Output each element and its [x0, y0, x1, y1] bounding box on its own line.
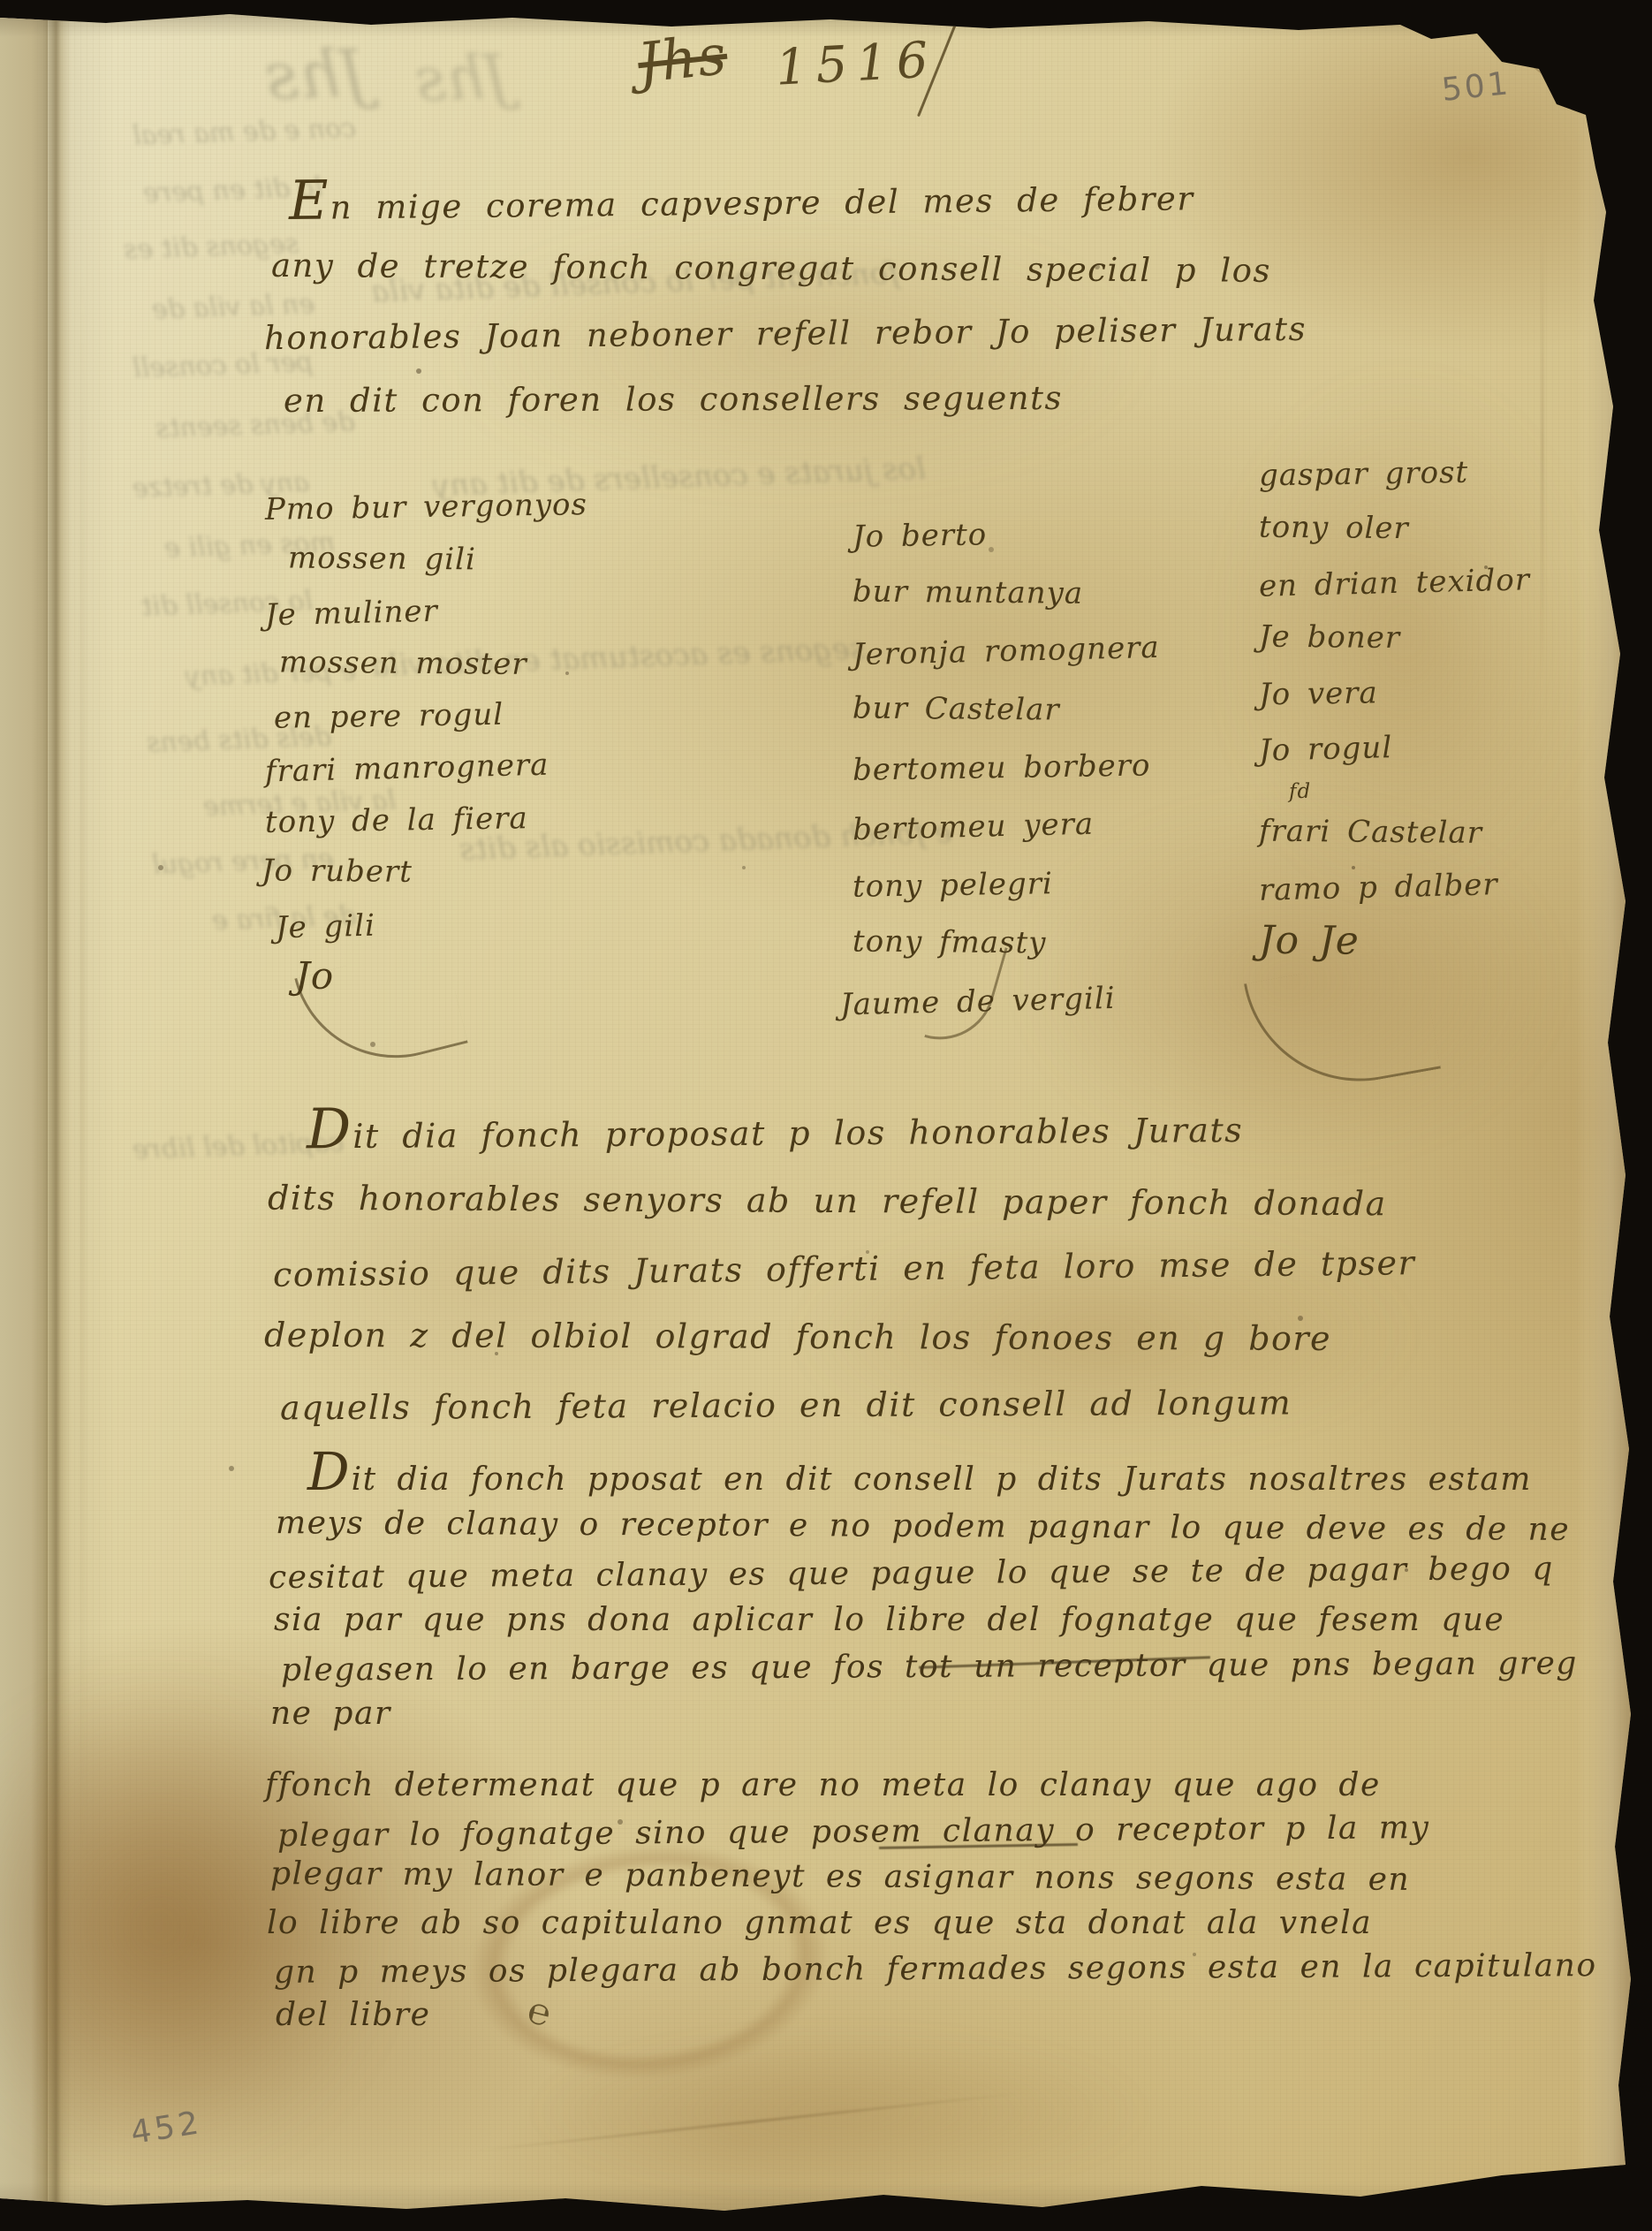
folio-number-pencil: 501 — [1440, 65, 1512, 109]
attendee-name: Jo Je — [1259, 914, 1531, 971]
session-opening-paragraph: En mige corema capvespre del mes de febr… — [261, 163, 1307, 432]
manuscript-line: meys de clanay o receptor e no podem pag… — [276, 1499, 1578, 1553]
manuscript-line: honorables Joan neboner refell rebor Jo … — [264, 297, 1307, 371]
year-1516: 1516 — [774, 31, 938, 96]
pen-flourish — [1244, 952, 1441, 1099]
manuscript-line: plegar my lanor e panbeneyt es asignar n… — [270, 1851, 1597, 1904]
manuscript-line: comissio que dits Jurats offerti en feta… — [273, 1229, 1416, 1309]
attendee-name: Jo berto — [853, 503, 1161, 565]
attendee-name: ramo p dalber — [1258, 856, 1530, 917]
attendee-name: Jo — [295, 950, 587, 1005]
manuscript-line: lo libre ab so capitulano gnmat es que s… — [267, 1901, 1597, 1946]
attendee-name: bur muntanya — [853, 562, 1160, 623]
manuscript-line: ffonch determenat que p are no meta lo c… — [265, 1763, 1597, 1809]
attendee-name: frari Castelar — [1259, 804, 1531, 861]
attendee-name: en drian texidor — [1258, 552, 1530, 613]
attendee-name: bertomeu borbero — [853, 736, 1161, 799]
attendee-name: en pere rogul — [274, 687, 588, 745]
manuscript-line: Dit dia fonch pposat en dit consell p di… — [307, 1449, 1578, 1503]
attendee-name: fd — [1289, 773, 1531, 807]
commission-paragraph: Dit dia fonch proposat p los honorables … — [261, 1091, 1415, 1439]
archive-number-pencil: 452 — [128, 2105, 204, 2151]
attendee-name: Jo vera — [1259, 664, 1531, 723]
attendee-name: Je gili — [275, 895, 587, 955]
manuscript-line: en dit con foren los consellers seguents — [284, 365, 1307, 434]
manuscript-line: cesitat que meta clanay es que pague lo … — [269, 1545, 1578, 1601]
attendee-name: Jo rubert — [261, 845, 587, 899]
attendee-name: Je boner — [1259, 610, 1531, 667]
attendee-column-1: Pmo bur vergonyos mossen gili Je muliner… — [265, 482, 587, 1003]
jhs-monogram: Jhs — [634, 22, 730, 95]
gutter-page-edge — [0, 16, 48, 2201]
crease-line — [1542, 221, 1543, 680]
crease-line — [1437, 0, 1619, 134]
attendee-name: Je muliner — [264, 582, 587, 642]
attendee-name: tony oler — [1259, 500, 1531, 558]
attendee-column-3: gaspar grost tony oler en drian texidor … — [1259, 446, 1530, 969]
manuscript-page: con e de ma real lo dit en pere segons d… — [0, 0, 1652, 2231]
attendee-name: tony fmasty — [853, 912, 1160, 973]
crease-line — [479, 2092, 1024, 2152]
manuscript-line: any de tretze fonch congregat consell sp… — [271, 233, 1307, 304]
attendee-name: tony de la fiera — [265, 792, 588, 849]
manuscript-line: del libre — [276, 1992, 1597, 2038]
manuscript-line: Dit dia fonch proposat p los honorables … — [307, 1088, 1416, 1172]
gutter-shadow — [81, 265, 84, 1855]
resolution-paragraph: ffonch determenat que p are no meta lo c… — [265, 1763, 1597, 2038]
attendee-name: tony pelegri — [853, 853, 1161, 915]
manuscript-line: sia par que pns dona aplicar lo libre de… — [274, 1597, 1578, 1643]
ghost-monogram-smudge: Jhs — [264, 35, 368, 115]
manuscript-line: dits honorables senyors ab un refell pap… — [268, 1165, 1416, 1239]
attendee-name: bertomeu yera — [852, 793, 1160, 859]
manuscript-line: plegar lo fognatge sino que posem clanay… — [277, 1804, 1597, 1859]
attendee-name: Pmo bur vergonyos — [265, 479, 588, 536]
photo-background: con e de ma real lo dit en pere segons d… — [0, 0, 1652, 2231]
attendee-column-2: Jo berto bur muntanya Jeronja romognera … — [853, 505, 1160, 1030]
attendee-name: mossen moster — [279, 636, 587, 691]
attendee-name: bur Castelar — [853, 679, 1160, 740]
ghost-monogram-smudge: Jhs — [414, 42, 511, 116]
attendee-name: Jaume de vergili — [839, 968, 1160, 1035]
attendee-name: gaspar grost — [1259, 444, 1531, 504]
manuscript-line: deplon z del olbiol olgrad fonch los fon… — [264, 1301, 1415, 1374]
stain — [530, 2032, 1148, 2191]
attendee-name: Jo rogul — [1258, 717, 1530, 778]
ghost-showthrough-line: con e de ma real — [132, 113, 356, 152]
attendee-name: Jeronja romognera — [852, 618, 1160, 684]
manuscript-line: En mige corema capvespre del mes de febr… — [289, 158, 1307, 241]
proposal-paragraph: Dit dia fonch pposat en dit consell p di… — [265, 1449, 1578, 1737]
binding-gutter — [44, 14, 71, 2204]
attendee-name: frari manrognera — [264, 739, 587, 799]
manuscript-line: gn p meys os plegara ab bonch fermades s… — [274, 1943, 1597, 1996]
attendee-name: mossen gili — [288, 533, 587, 588]
manuscript-line: ne par — [270, 1690, 1578, 1737]
manuscript-line: aquells fonch feta relacio en dit consel… — [280, 1369, 1416, 1443]
